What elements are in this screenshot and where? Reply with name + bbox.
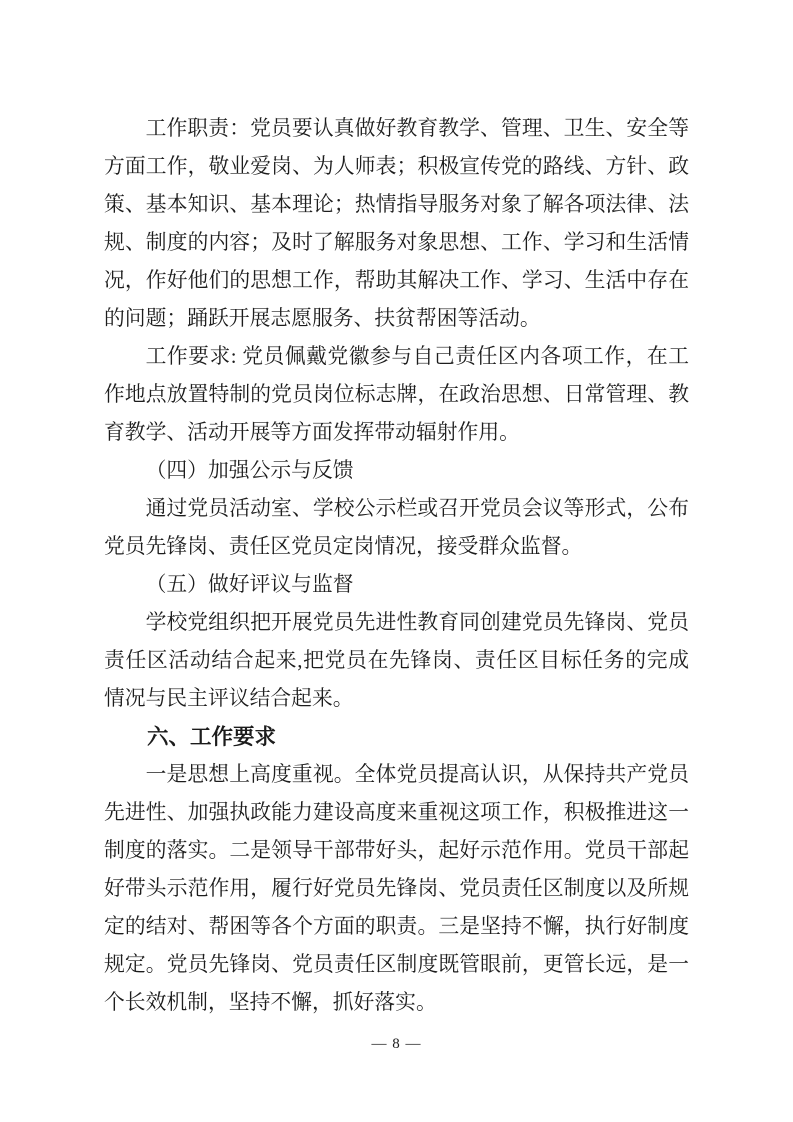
paragraph-work-duties: 工作职责：党员要认真做好教育教学、管理、卫生、安全等方面工作，敬业爱岗、为人师表… xyxy=(104,110,689,338)
paragraph-publicity-feedback: 通过党员活动室、学校公示栏或召开党员会议等形式，公布党员先锋岗、责任区党员定岗情… xyxy=(104,490,689,566)
subheading-section-four: （四）加强公示与反馈 xyxy=(104,452,689,490)
paragraph-review-supervision: 学校党组织把开展党员先进性教育同创建党员先锋岗、党员责任区活动结合起来,把党员在… xyxy=(104,604,689,718)
page-number: — 8 — xyxy=(0,1034,793,1054)
document-page: 工作职责：党员要认真做好教育教学、管理、卫生、安全等方面工作，敬业爱岗、为人师表… xyxy=(0,0,793,1122)
document-body: 工作职责：党员要认真做好教育教学、管理、卫生、安全等方面工作，敬业爱岗、为人师表… xyxy=(104,110,689,1022)
heading-section-six: 六、工作要求 xyxy=(104,718,689,756)
paragraph-three-points: 一是思想上高度重视。全体党员提高认识，从保持共产党员先进性、加强执政能力建设高度… xyxy=(104,756,689,1022)
subheading-section-five: （五）做好评议与监督 xyxy=(104,566,689,604)
paragraph-work-requirements: 工作要求: 党员佩戴党徽参与自己责任区内各项工作，在工作地点放置特制的党员岗位标… xyxy=(104,338,689,452)
